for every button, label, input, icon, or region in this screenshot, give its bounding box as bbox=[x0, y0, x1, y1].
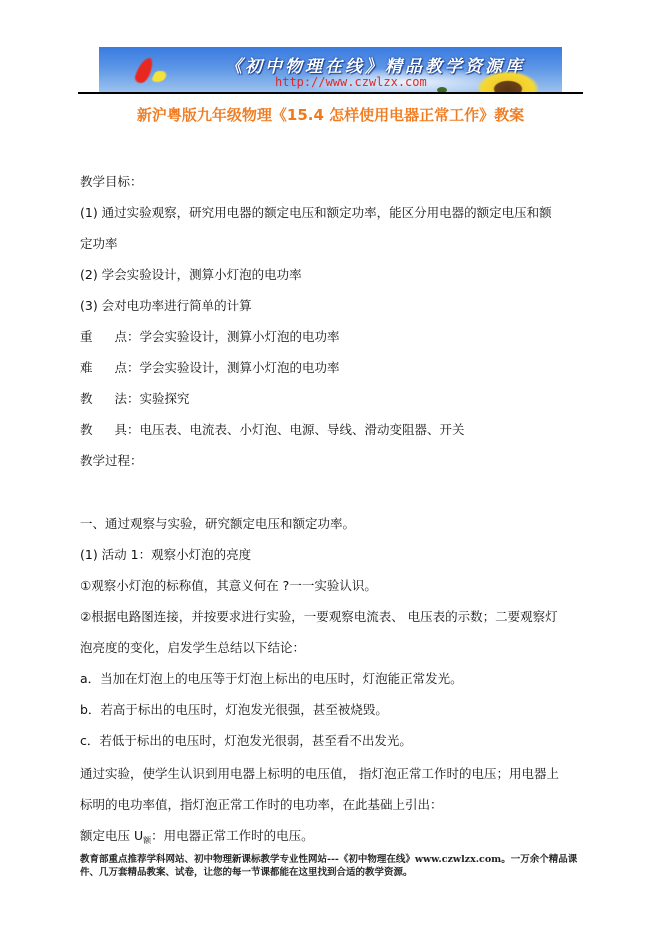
objective-2: (2) 学会实验设计，测算小灯泡的电功率 bbox=[80, 267, 302, 283]
banner-site-title: 《初中物理在线》精品教学资源库 bbox=[225, 52, 525, 77]
conclusion-a: a．当加在灯泡上的电压等于灯泡上标出的电压时，灯泡能正常发光。 bbox=[80, 671, 463, 687]
objective-3: (3) 会对电功率进行简单的计算 bbox=[80, 298, 252, 314]
summary-paragraph: 通过实验，使学生认识到用电器上标明的电压值， 指灯泡正常工作时的电压；用电器上 bbox=[80, 766, 559, 782]
footer-notice: 教育部重点推荐学科网站、初中物理新课标教学专业性网站---《初中物理在线》www… bbox=[80, 853, 590, 879]
label-char: 教 bbox=[80, 422, 93, 437]
part-one-heading: 一、通过观察与实验，研究额定电压和额定功率。 bbox=[80, 516, 355, 532]
conclusion-b: b．若高于标出的电压时，灯泡发光很强，甚至被烧毁。 bbox=[80, 702, 388, 718]
definition-term: 额定电压 U bbox=[80, 828, 143, 843]
subscript-rated: 额 bbox=[143, 836, 151, 845]
label-char: 重 bbox=[80, 329, 93, 344]
summary-paragraph-continued: 标明的电功率值，指灯泡正常工作时的电功率，在此基础上引出： bbox=[80, 797, 443, 813]
objective-1-continued: 定功率 bbox=[80, 236, 118, 252]
teaching-method-text: 实验探究 bbox=[140, 391, 190, 406]
logo-yellow-icon bbox=[150, 71, 168, 82]
teaching-tools-text: 电压表、电流表、小灯泡、电源、导线、滑动变阻器、开关 bbox=[140, 422, 465, 437]
objective-1: (1) 通过实验观察，研究用电器的额定电压和额定功率，能区分用电器的额定电压和额 bbox=[80, 205, 552, 221]
difficult-point: 难点：学会实验设计，测算小灯泡的电功率 bbox=[80, 360, 340, 376]
site-banner: 《初中物理在线》精品教学资源库 http://www.czwlzx.com bbox=[99, 47, 562, 92]
teaching-method: 教法：实验探究 bbox=[80, 391, 190, 407]
label-char: 法： bbox=[115, 391, 140, 406]
difficult-point-text: 学会实验设计，测算小灯泡的电功率 bbox=[140, 360, 340, 375]
key-point: 重点：学会实验设计，测算小灯泡的电功率 bbox=[80, 329, 340, 345]
document-title: 新沪粤版九年级物理《15.4 怎样使用电器正常工作》教案 bbox=[0, 104, 661, 125]
key-point-text: 学会实验设计，测算小灯泡的电功率 bbox=[140, 329, 340, 344]
step-1: ①观察小灯泡的标称值，其意义何在 ?一一实验认识。 bbox=[80, 578, 377, 594]
section-heading-process: 教学过程： bbox=[80, 453, 143, 469]
label-char: 具： bbox=[115, 422, 140, 437]
step-2: ②根据电路图连接，并按要求进行实验，一要观察电流表、 电压表的示数；二要观察灯 bbox=[80, 609, 558, 625]
step-2-continued: 泡亮度的变化，启发学生总结以下结论： bbox=[80, 640, 305, 656]
conclusion-c: c．若低于标出的电压时，灯泡发光很弱，甚至看不出发光。 bbox=[80, 733, 412, 749]
banner-url-link[interactable]: http://www.czwlzx.com bbox=[275, 75, 427, 89]
definition-text: ：用电器正常工作时的电压。 bbox=[151, 828, 314, 843]
label-char: 点： bbox=[115, 329, 140, 344]
section-heading-objectives: 教学目标： bbox=[80, 174, 143, 190]
rated-voltage-definition: 额定电压 U额：用电器正常工作时的电压。 bbox=[80, 828, 314, 849]
teaching-tools: 教具：电压表、电流表、小灯泡、电源、导线、滑动变阻器、开关 bbox=[80, 422, 465, 438]
header-divider bbox=[78, 92, 583, 94]
label-char: 难 bbox=[80, 360, 93, 375]
label-char: 点： bbox=[115, 360, 140, 375]
activity-1: (1) 活动 1：观察小灯泡的亮度 bbox=[80, 547, 251, 563]
label-char: 教 bbox=[80, 391, 93, 406]
